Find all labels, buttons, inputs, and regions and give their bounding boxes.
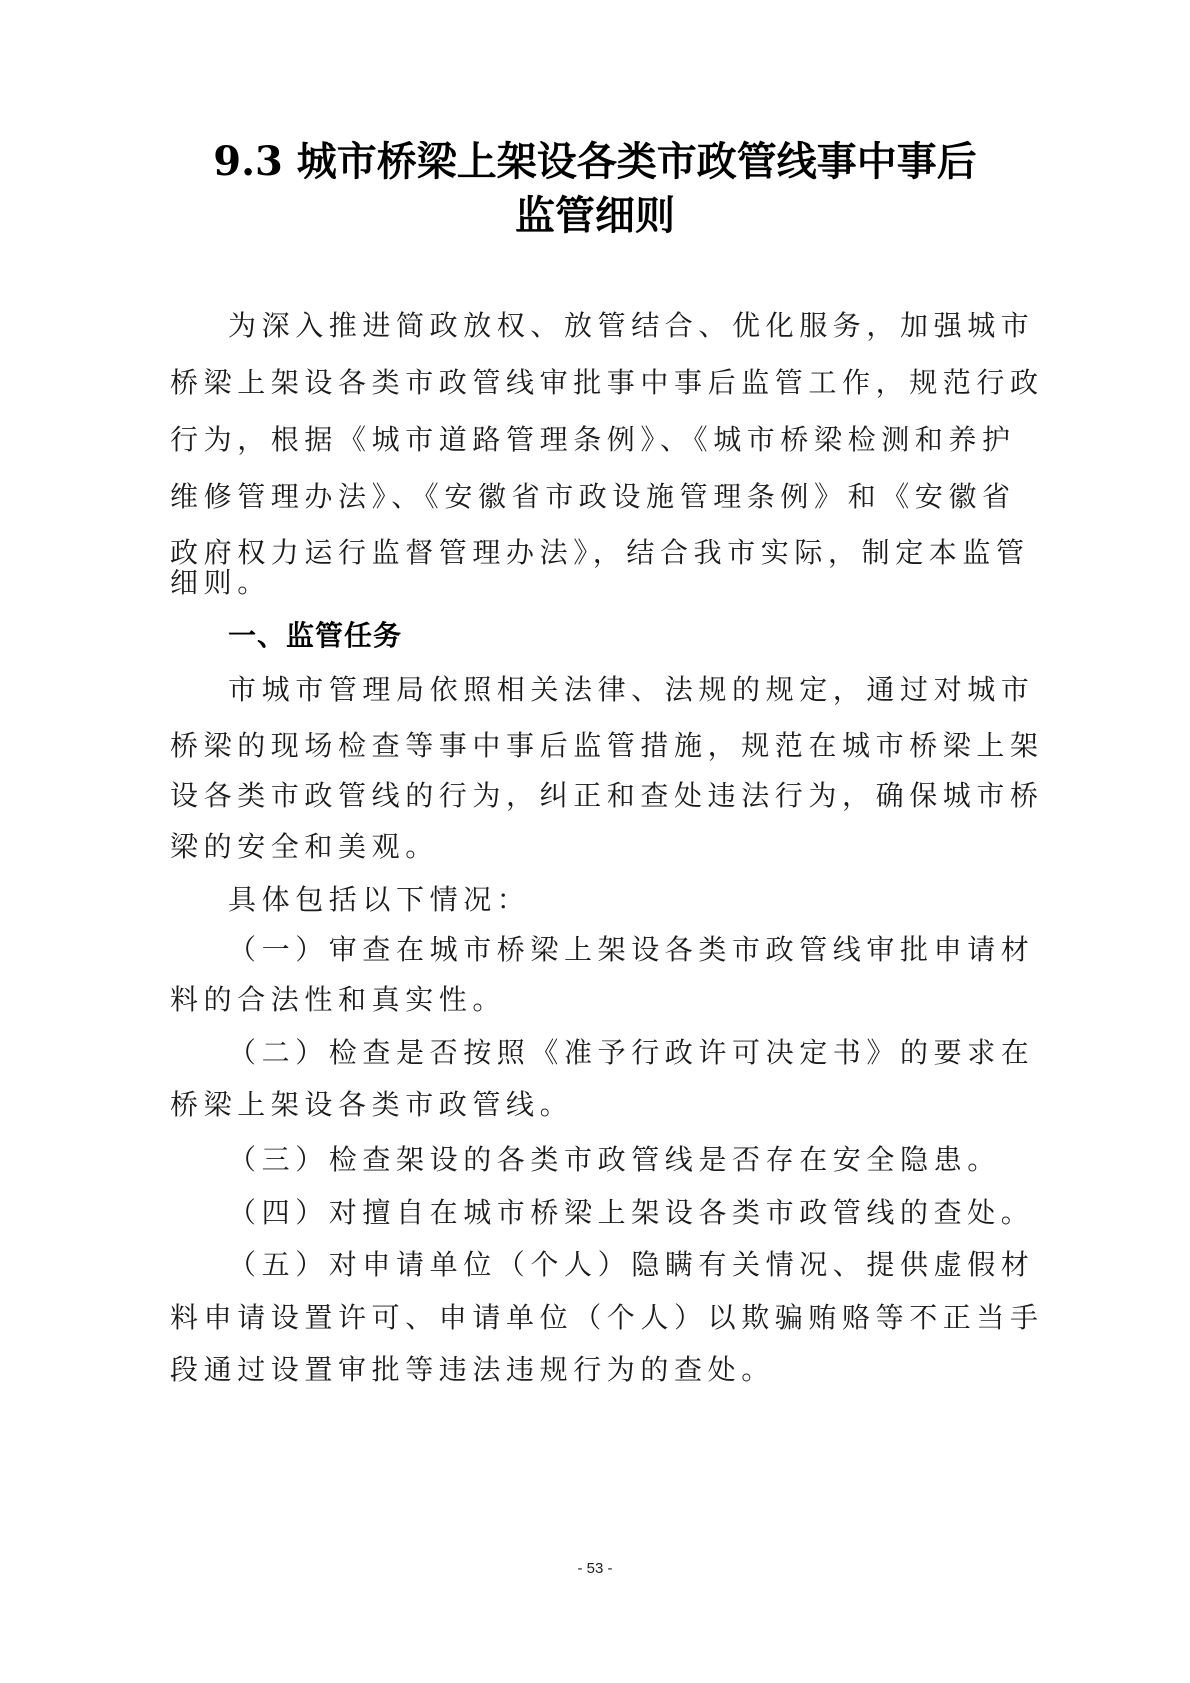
intro-paragraph-line: 细则。 xyxy=(170,563,950,603)
document-page: 9.3 城市桥梁上架设各类市政管线事中事后 监管细则 为深入推进简政放权、放管结… xyxy=(0,0,1190,1683)
section-paragraph-line: 具体包括以下情况： xyxy=(228,880,1008,920)
intro-paragraph-line: 行为，根据《城市道路管理条例》、《城市桥梁检测和养护 xyxy=(170,420,950,460)
list-item-5-line: 段通过设置审批等违法违规行为的查处。 xyxy=(170,1350,950,1390)
list-item-5-line: 料申请设置许可、申请单位（个人）以欺骗贿赂等不正当手 xyxy=(170,1298,950,1338)
page-number: - 53 - xyxy=(0,1560,1190,1577)
section-paragraph-line: 设各类市政管线的行为，纠正和查处违法行为，确保城市桥 xyxy=(170,776,950,816)
list-item-4-line: （四）对擅自在城市桥梁上架设各类市政管线的查处。 xyxy=(228,1193,1008,1233)
list-item-1-line: （一）审查在城市桥梁上架设各类市政管线审批申请材 xyxy=(228,930,1008,970)
list-item-3-line: （三）检查架设的各类市政管线是否存在安全隐患。 xyxy=(228,1140,1008,1180)
section-heading-supervision-tasks: 一、监管任务 xyxy=(228,616,402,656)
document-title-line-1: 9.3 城市桥梁上架设各类市政管线事中事后 xyxy=(150,135,1040,189)
intro-paragraph-line: 维修管理办法》、《安徽省市政设施管理条例》和《安徽省 xyxy=(170,477,950,517)
list-item-2-line: 桥梁上架设各类市政管线。 xyxy=(170,1085,950,1125)
intro-paragraph-line: 为深入推进简政放权、放管结合、优化服务，加强城市 xyxy=(228,306,1008,346)
intro-paragraph-line: 桥梁上架设各类市政管线审批事中事后监管工作，规范行政 xyxy=(170,363,950,403)
section-paragraph-line: 市城市管理局依照相关法律、法规的规定，通过对城市 xyxy=(228,670,1008,710)
section-paragraph-line: 桥梁的现场检查等事中事后监管措施，规范在城市桥梁上架 xyxy=(170,726,950,766)
list-item-1-line: 料的合法性和真实性。 xyxy=(170,980,950,1020)
list-item-2-line: （二）检查是否按照《准予行政许可决定书》的要求在 xyxy=(228,1033,1008,1073)
list-item-5-line: （五）对申请单位（个人）隐瞒有关情况、提供虚假材 xyxy=(228,1245,1008,1285)
document-title-line-2: 监管细则 xyxy=(150,189,1040,243)
section-paragraph-line: 梁的安全和美观。 xyxy=(170,827,950,867)
